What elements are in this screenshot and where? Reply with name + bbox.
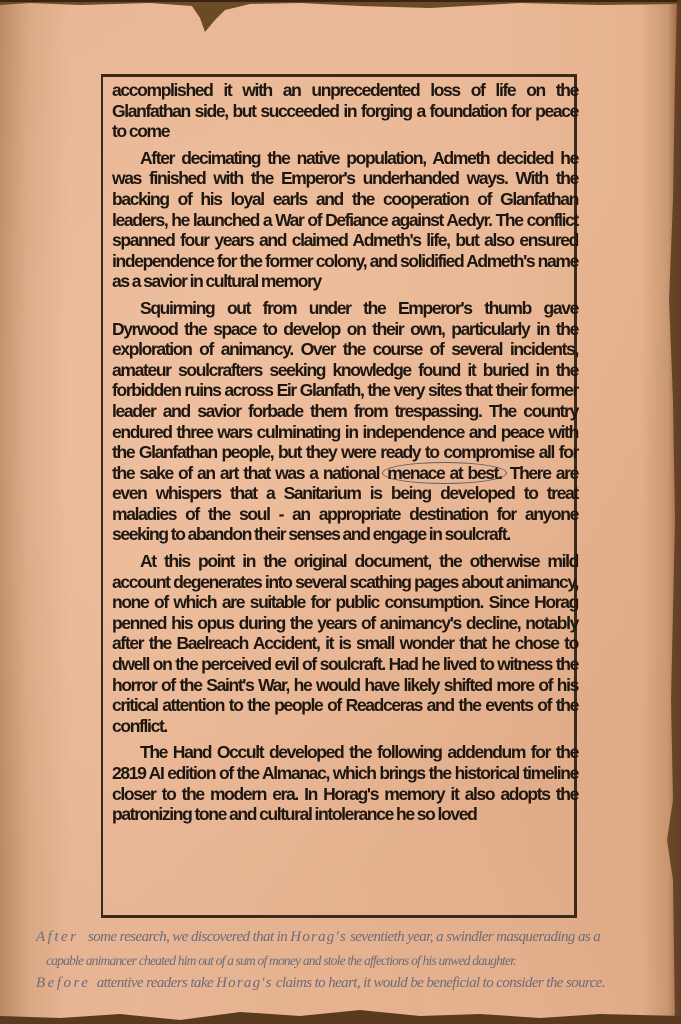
paragraph-3-part-a: Squirming out from under the Emperor's t… — [112, 298, 578, 483]
footnote-text: seventieth year, a swindler masquerading… — [347, 929, 600, 945]
paragraph-3: Squirming out from under the Emperor's t… — [112, 298, 578, 545]
circled-annotation: menace at best. — [382, 462, 506, 484]
footnote-line-2: capable animancer cheated him out of a s… — [36, 949, 646, 972]
footnote-text: claims to heart, it would be beneficial … — [273, 975, 605, 991]
torn-right-edge — [661, 0, 681, 1024]
footnote-text: attentive readers take — [97, 975, 216, 991]
paragraph-5: The Hand Occult developed the following … — [112, 742, 578, 824]
footnote-name-horag: Horag's — [216, 975, 273, 991]
paragraph-1: accomplished it with an unprecedented lo… — [112, 80, 578, 142]
footnote-lead-after: After — [36, 929, 79, 945]
footnote-line-1: After some research, we discovered that … — [36, 926, 646, 949]
paragraph-2: After decimating the native population, … — [112, 148, 578, 292]
footnote-text: some research, we discovered that in — [88, 929, 290, 945]
document-body: accomplished it with an unprecedented lo… — [112, 80, 578, 831]
torn-top-edge — [0, 0, 681, 36]
footnote: After some research, we discovered that … — [36, 926, 646, 995]
footnote-lead-before: Before — [36, 975, 90, 991]
footnote-line-3: Before attentive readers take Horag's cl… — [36, 972, 646, 995]
paragraph-4: At this point in the original document, … — [112, 551, 578, 736]
torn-bottom-edge — [0, 994, 681, 1024]
footnote-name-horag: Horag's — [290, 929, 347, 945]
